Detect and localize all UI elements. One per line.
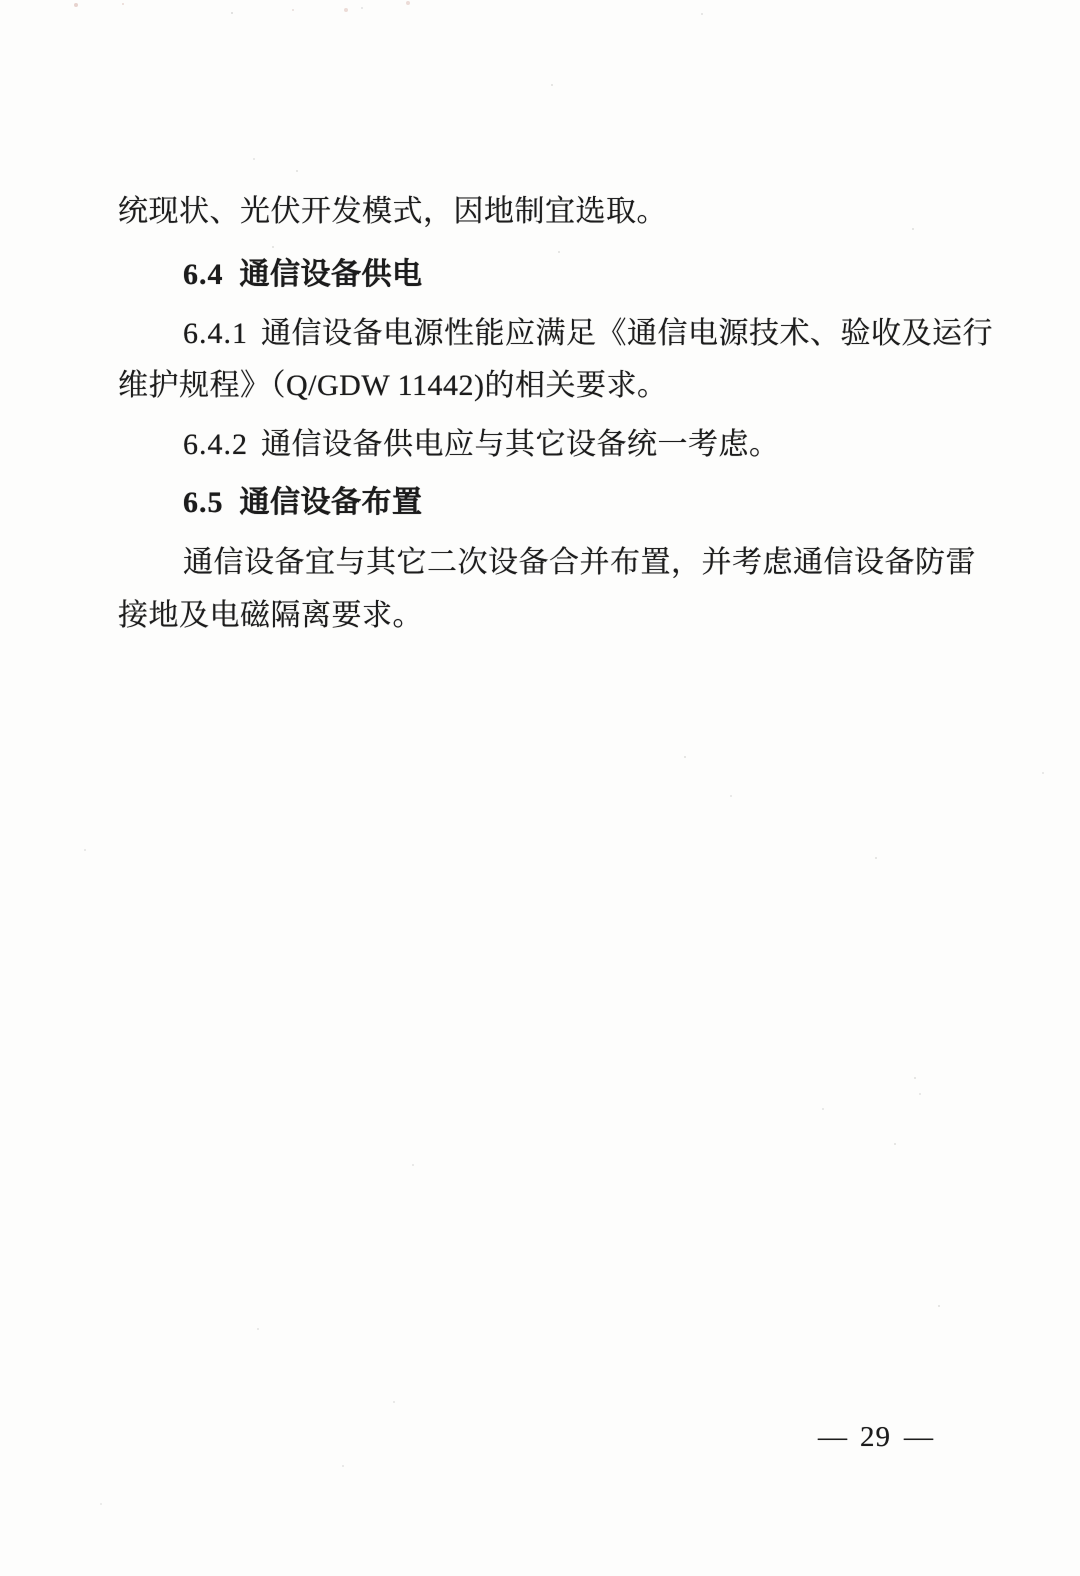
clause-6-4-2-line: 6.4.2通信设备供电应与其它设备统一考虑。 — [183, 426, 780, 464]
clause-text-6-4-1: 通信设备电源性能应满足《通信电源技术、验收及运行 — [261, 317, 993, 350]
clause-6-4-1-line2: 维护规程》（Q/GDW 11442)的相关要求。 — [118, 367, 667, 405]
section-6-5-body-line1: 通信设备宜与其它二次设备合并布置，并考虑通信设备防雷 — [183, 544, 976, 582]
clause-6-4-1-line1: 6.4.1通信设备电源性能应满足《通信电源技术、验收及运行 — [183, 315, 993, 353]
footer-right-dash: — — [904, 1421, 933, 1453]
section-title-6-4: 通信设备供电 — [240, 258, 423, 291]
clause-number-6-4-1: 6.4.1 — [183, 315, 248, 353]
clause-number-6-4-2: 6.4.2 — [183, 426, 248, 464]
scan-noise-specks — [0, 0, 2, 2]
paragraph-continuation-line: 统现状、光伏开发模式，因地制宜选取。 — [118, 193, 667, 231]
section-heading-6-5: 6.5通信设备布置 — [183, 484, 423, 522]
footer-left-dash: — — [818, 1421, 847, 1453]
page-number: 29 — [860, 1420, 891, 1454]
section-6-5-body-line2: 接地及电磁隔离要求。 — [118, 597, 423, 635]
section-number-6-4: 6.4 — [183, 256, 224, 294]
section-number-6-5: 6.5 — [183, 484, 224, 522]
clause-text-6-4-2: 通信设备供电应与其它设备统一考虑。 — [261, 428, 780, 461]
page-number-footer: —29— — [818, 1420, 933, 1454]
section-title-6-5: 通信设备布置 — [240, 486, 423, 519]
section-heading-6-4: 6.4通信设备供电 — [183, 256, 423, 294]
document-page: 统现状、光伏开发模式，因地制宜选取。 6.4通信设备供电 6.4.1通信设备电源… — [0, 0, 1080, 1576]
